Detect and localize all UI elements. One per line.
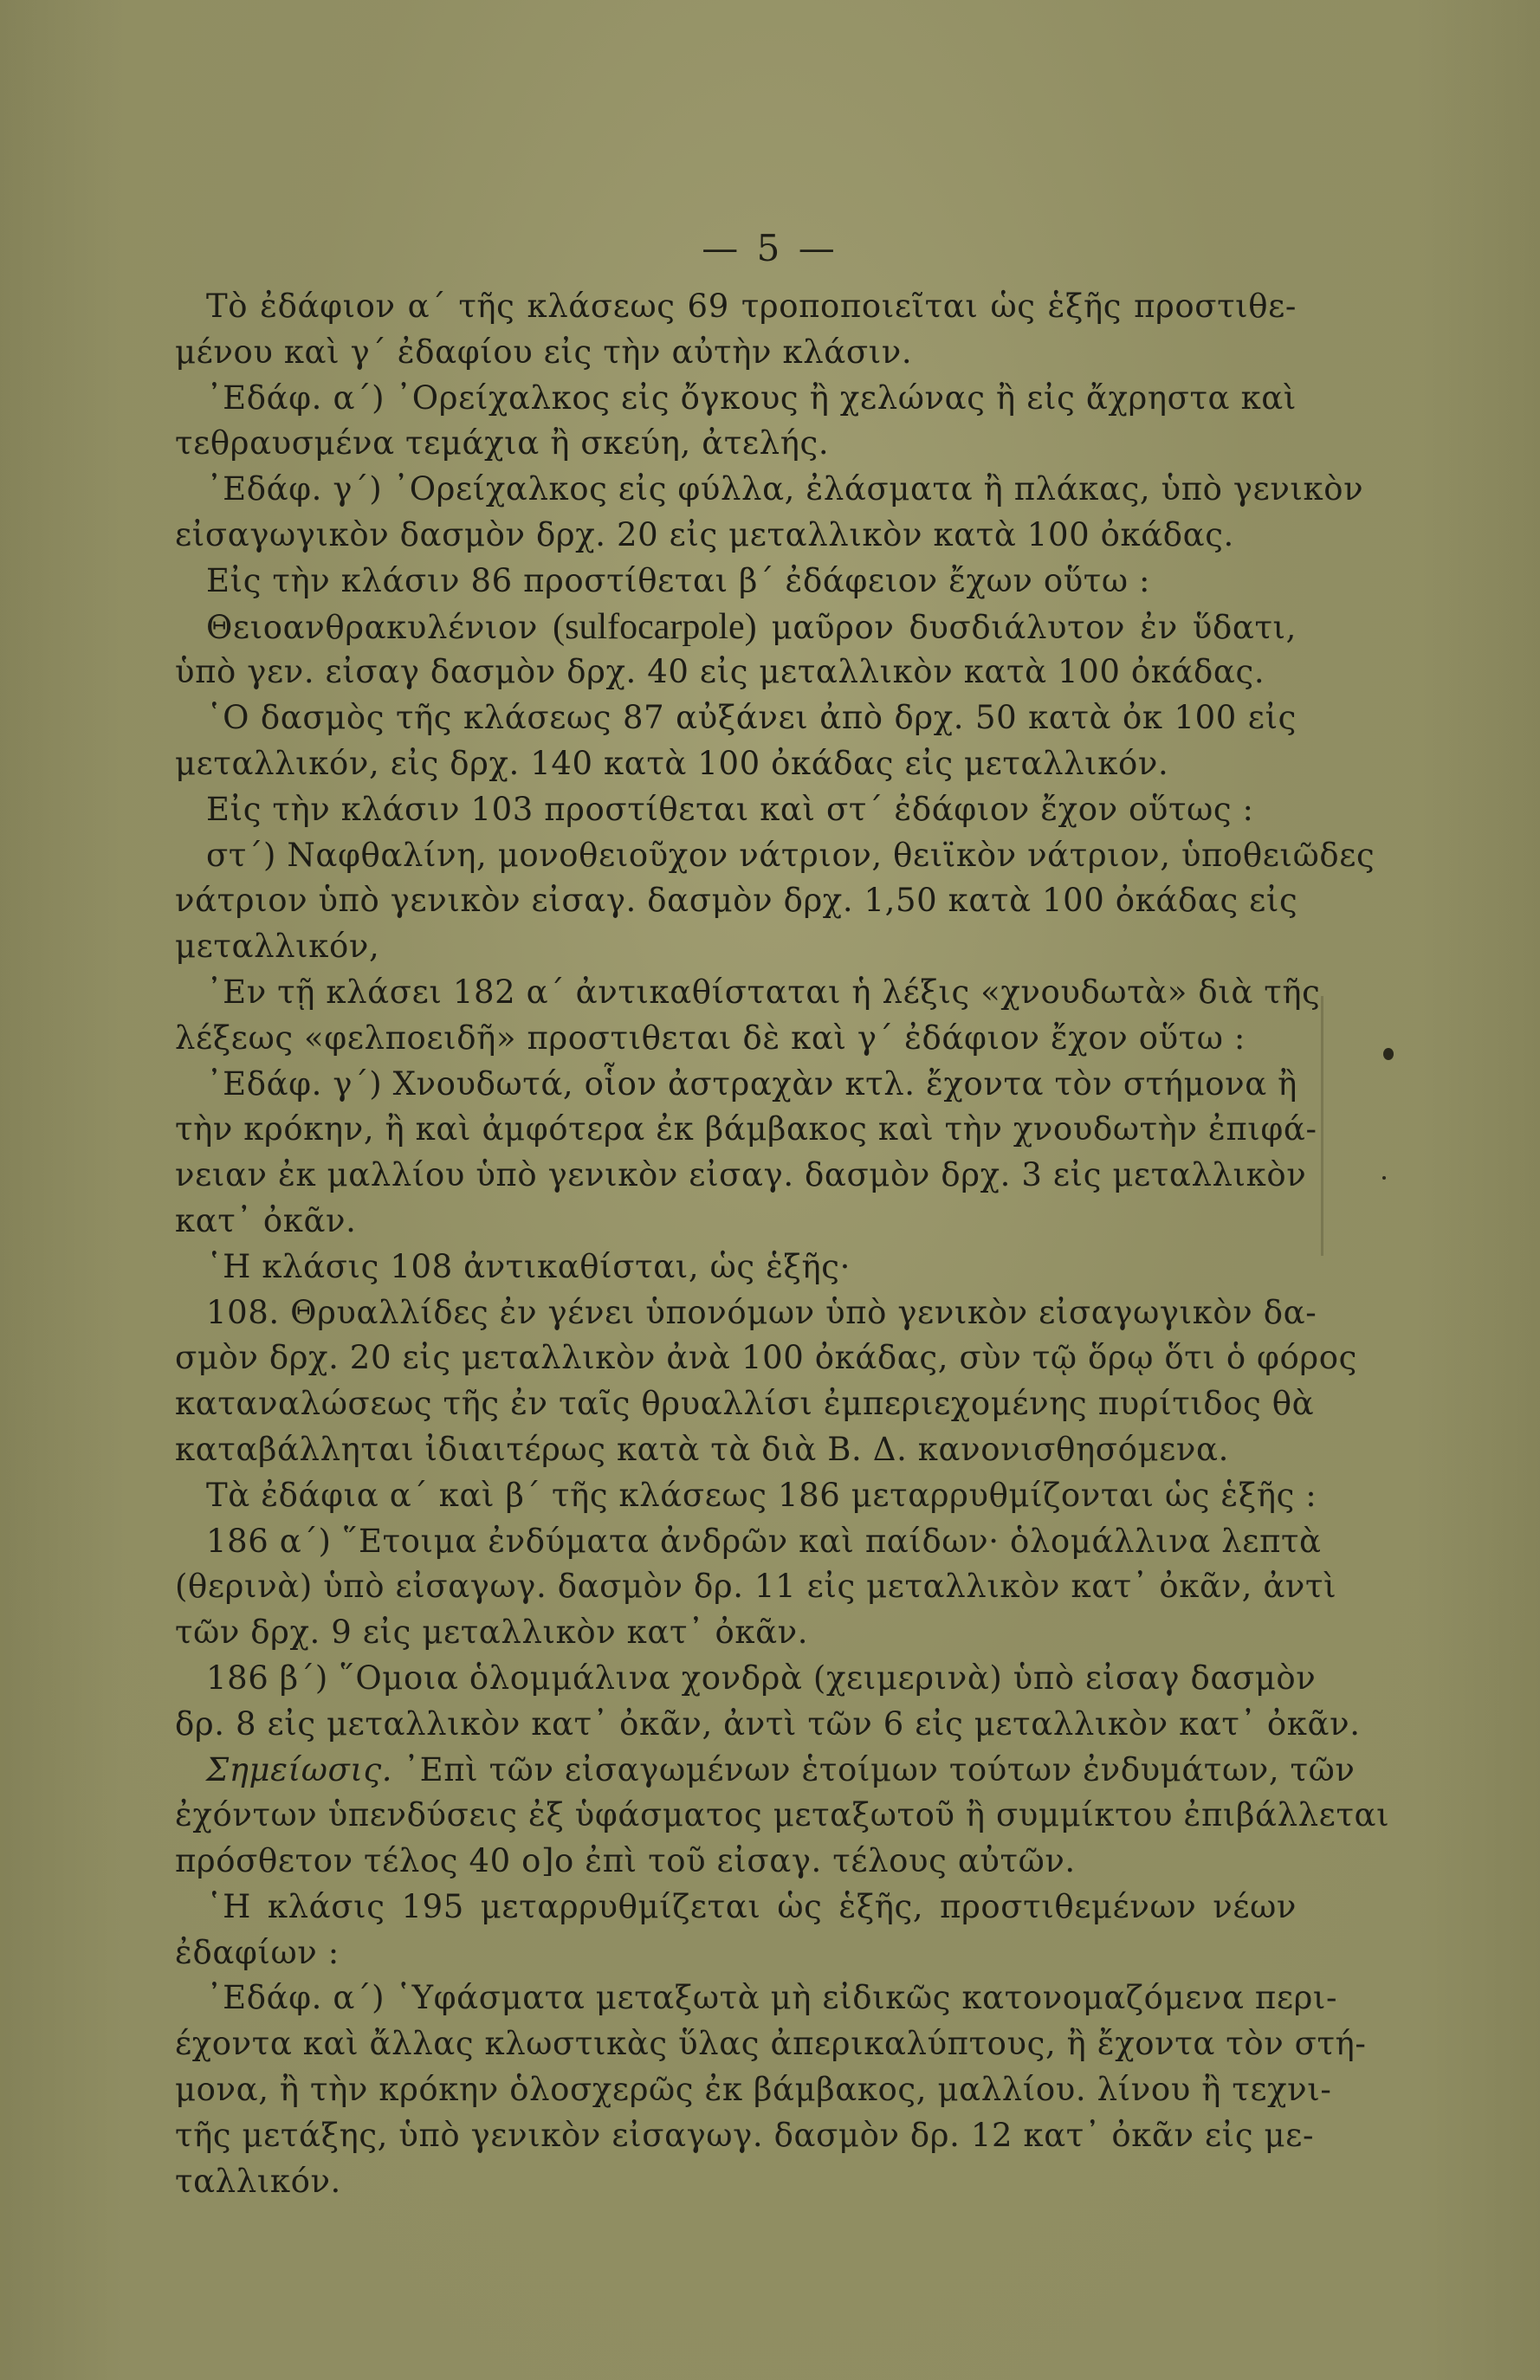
text-line: καταναλώσεως τῆς ἐν ταῖς θρυαλλίσι ἐμπερ… [175, 1381, 1297, 1427]
paper-crease [1321, 996, 1323, 1256]
text-line: μονα, ἢ τὴν κρόκην ὁλοσχερῶς ἐκ βάμβακος… [175, 2067, 1297, 2113]
text-line: Θειοανθρακυλένιον (sulfocarpole) μαῦρον … [175, 605, 1297, 650]
text-line: 186 α΄) ῞Ετοιμα ἐνδύματα ἀνδρῶν καὶ παίδ… [175, 1519, 1297, 1565]
text-line: μεταλλικόν, εἰς δρχ. 140 κατὰ 100 ὀκάδας… [175, 741, 1297, 787]
text-line: ᾿Εδάφ. α΄) ᾿Ορείχαλκος εἰς ὄγκους ἢ χελώ… [175, 376, 1297, 422]
text-line: νειαν ἐκ μαλλίου ὑπὸ γενικὸν εἰσαγ. δασμ… [175, 1153, 1297, 1199]
ink-speck [1382, 1176, 1386, 1180]
text-line: δρ. 8 εἰς μεταλλικὸν κατ᾿ ὀκᾶν, ἀντὶ τῶν… [175, 1702, 1297, 1748]
text-line: σμὸν δρχ. 20 εἰς μεταλλικὸν ἀνὰ 100 ὀκάδ… [175, 1336, 1297, 1381]
text-line: ᾿Εδάφ. γ΄) Χνουδωτά, οἷον ἀστραχὰν κτλ. … [175, 1062, 1297, 1108]
text-line: πρόσθετον τέλος 40 ο]ο ἐπὶ τοῦ εἰσαγ. τέ… [175, 1839, 1297, 1885]
text-run: μαῦρον δυσδιάλυτον ἐν ὕδατι, [757, 609, 1297, 646]
text-line: τὴν κρόκην, ἢ καὶ ἀμφότερα ἐκ βάμβακος κ… [175, 1107, 1297, 1153]
text-line: ῾Η κλάσις 108 ἀντικαθίσται, ὡς ἑξῆς· [175, 1245, 1297, 1290]
scanned-page: — 5 — Τὸ ἐδάφιον α΄ τῆς κλάσεως 69 τροπο… [0, 0, 1540, 2380]
latin-term: (sulfocarpole) [553, 607, 757, 647]
text-line: ἐχόντων ὑπενδύσεις ἐξ ὑφάσματος μεταξωτο… [175, 1793, 1297, 1839]
ink-spot [1383, 1048, 1394, 1060]
text-line: τεθραυσμένα τεμάχια ἢ σκεύη, ἀτελής. [175, 421, 1297, 467]
text-line: Τὰ ἐδάφια α΄ καὶ β΄ τῆς κλάσεως 186 μετα… [175, 1473, 1297, 1519]
text-run: Θειοανθρακυλένιον [206, 609, 553, 646]
text-line: Εἰς τὴν κλάσιν 103 προστίθεται καὶ στ΄ ἐ… [175, 787, 1297, 833]
text-line: ῾Η κλάσις 195 μεταρρυθμίζεται ὡς ἑξῆς, π… [175, 1885, 1297, 1931]
text-line: μένου καὶ γ΄ ἐδαφίου εἰς τὴν αὐτὴν κλάσι… [175, 330, 1297, 376]
note-label: Σημείωσις. [206, 1751, 392, 1788]
page-number: — 5 — [0, 227, 1540, 269]
text-line: μεταλλικόν, [175, 924, 1297, 970]
text-line: τῆς μετάξης, ὑπὸ γενικὸν εἰσαγωγ. δασμὸν… [175, 2113, 1297, 2159]
text-line: κατ᾿ ὀκᾶν. [175, 1199, 1297, 1245]
text-line: 186 β΄) ῞Ομοια ὁλομμάλινα χονδρὰ (χειμερ… [175, 1656, 1297, 1702]
text-line: λέξεως «φελποειδῆ» προστιθεται δὲ καὶ γ΄… [175, 1016, 1297, 1062]
text-line: ᾿Εδάφ. γ΄) ᾿Ορείχαλκος εἰς φύλλα, ἐλάσμα… [175, 467, 1297, 513]
text-line: τῶν δρχ. 9 εἰς μεταλλικὸν κατ᾿ ὀκᾶν. [175, 1610, 1297, 1656]
text-line: ᾿Εν τῇ κλάσει 182 α΄ ἀντικαθίσταται ἡ λέ… [175, 970, 1297, 1016]
text-line: στ΄) Ναφθαλίνη, μονοθειοῦχον νάτριον, θε… [175, 833, 1297, 879]
text-line: ᾿Εδάφ. α΄) ῾Υφάσματα μεταξωτὰ μὴ εἰδικῶς… [175, 1976, 1297, 2021]
text-run: ᾿Επὶ τῶν εἰσαγωμένων ἑτοίμων τούτων ἐνδυ… [392, 1751, 1355, 1788]
text-line: Σημείωσις. ᾿Επὶ τῶν εἰσαγωμένων ἑτοίμων … [175, 1748, 1297, 1794]
text-line: (θερινὰ) ὑπὸ εἰσαγωγ. δασμὸν δρ. 11 εἰς … [175, 1564, 1297, 1610]
text-line: έχοντα καὶ ἄλλας κλωστικὰς ὕλας ἀπερικαλ… [175, 2021, 1297, 2067]
text-line: καταβάλληται ἰδιαιτέρως κατὰ τὰ διὰ Β. Δ… [175, 1427, 1297, 1473]
text-line: ῾Ο δασμὸς τῆς κλάσεως 87 αὐξάνει ἀπὸ δρχ… [175, 695, 1297, 741]
text-line: νάτριον ὑπὸ γενικὸν εἰσαγ. δασμὸν δρχ. 1… [175, 878, 1297, 924]
text-line: Εἰς τὴν κλάσιν 86 προστίθεται β΄ ἐδάφειο… [175, 559, 1297, 605]
text-line: ἐδαφίων : [175, 1931, 1297, 1976]
text-line: ὑπὸ γεν. εἰσαγ δασμὸν δρχ. 40 εἰς μεταλλ… [175, 650, 1297, 695]
text-line: Τὸ ἐδάφιον α΄ τῆς κλάσεως 69 τροποποιεῖτ… [175, 284, 1297, 330]
text-line: εἰσαγωγικὸν δασμὸν δρχ. 20 εἰς μεταλλικὸ… [175, 513, 1297, 559]
text-line: 108. Θρυαλλίδες ἐν γένει ὑπονόμων ὑπὸ γε… [175, 1290, 1297, 1336]
text-line: ταλλικόν. [175, 2159, 1297, 2205]
body-text: Τὸ ἐδάφιον α΄ τῆς κλάσεως 69 τροποποιεῖτ… [175, 284, 1297, 2204]
